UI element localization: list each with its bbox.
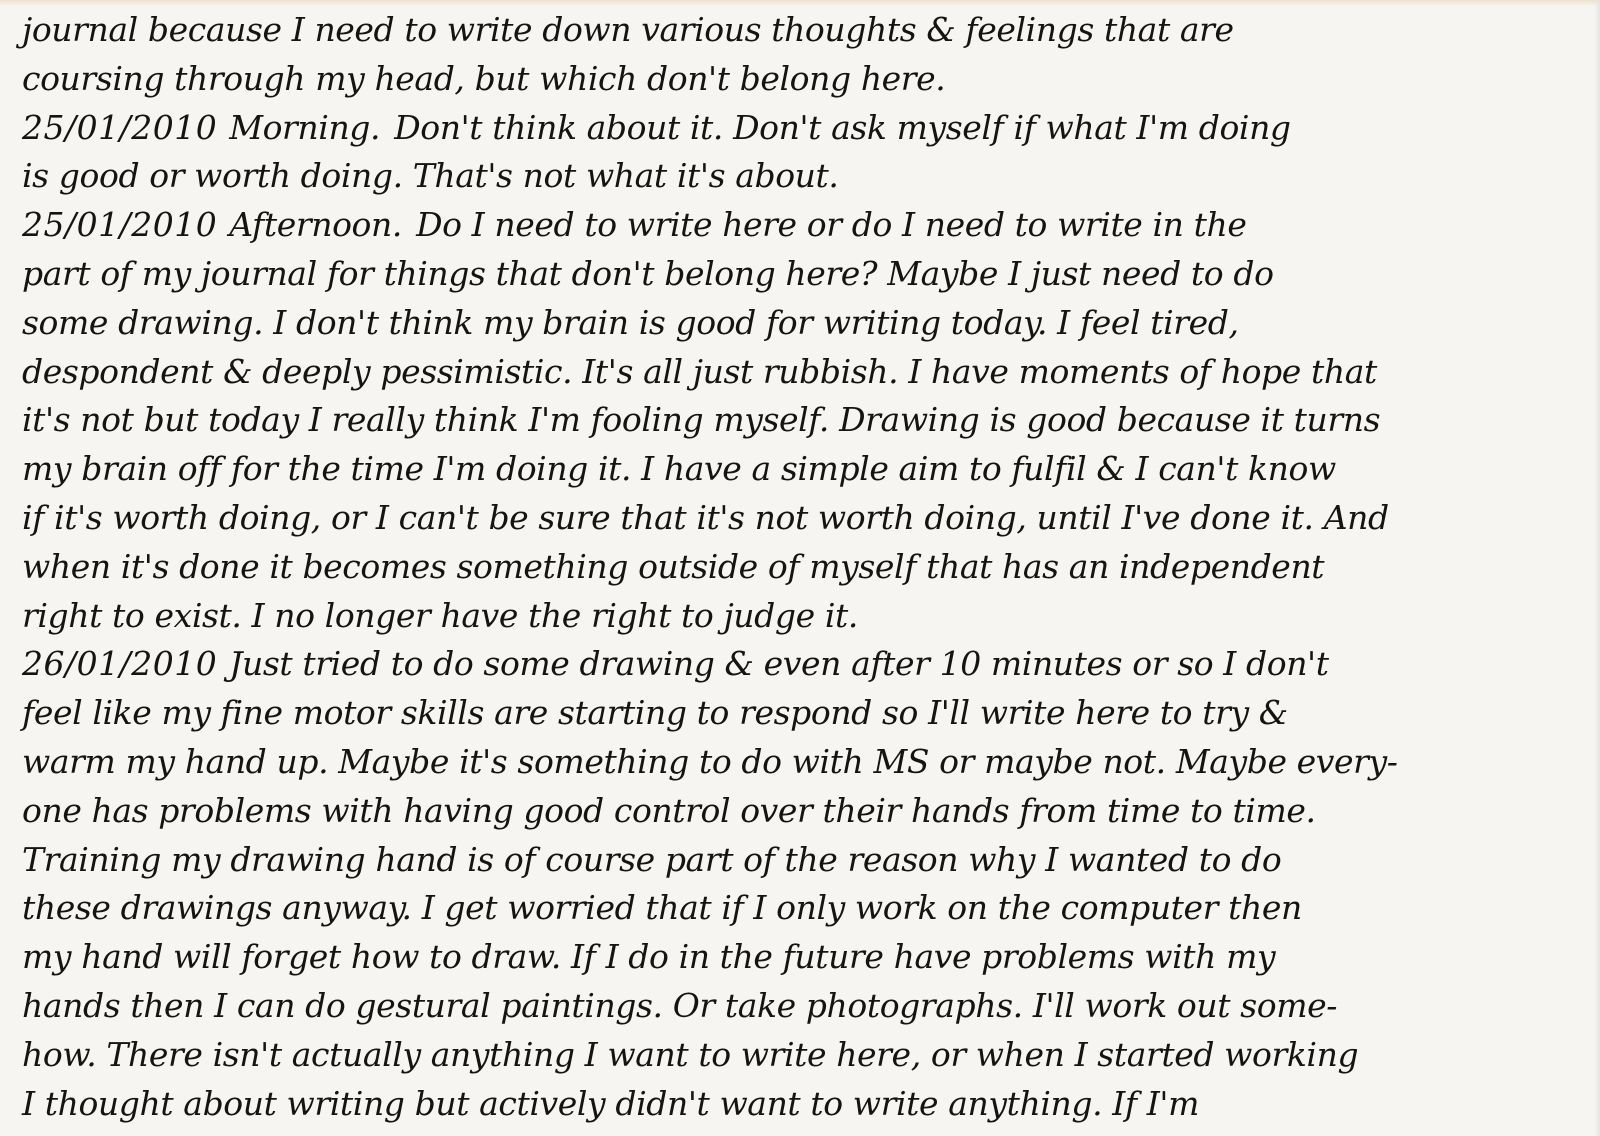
text-line-10: my brain off for the time I'm doing it. … [22,445,1570,494]
journal-page: journal because I need to write down var… [0,0,1600,1136]
handwritten-text-block: journal because I need to write down var… [22,6,1570,1128]
text-line-9: it's not but today I really think I'm fo… [22,396,1570,445]
text-line-3: 25/01/2010Morning. Don't think about it.… [22,104,1570,153]
entry-time-label: Afternoon. [229,205,402,244]
line-text: some drawing. I don't think my brain is … [22,303,1239,342]
text-line-12: when it's done it becomes something outs… [22,543,1570,592]
line-text: I thought about writing but actively did… [22,1084,1199,1123]
line-text: how. There isn't actually anything I wan… [22,1035,1358,1074]
line-text: when it's done it becomes something outs… [22,547,1324,586]
entry-date: 25/01/2010 [22,108,217,147]
text-line-17: one has problems with having good contro… [22,787,1570,836]
text-line-4: is good or worth doing. That's not what … [22,152,1570,201]
line-text: hands then I can do gestural paintings. … [22,986,1337,1025]
line-text: is good or worth doing. That's not what … [22,156,838,195]
text-line-19: these drawings anyway. I get worried tha… [22,884,1570,933]
line-text: my hand will forget how to draw. If I do… [22,937,1275,976]
text-line-6: part of my journal for things that don't… [22,250,1570,299]
text-line-23: I thought about writing but actively did… [22,1080,1570,1129]
line-text: it's not but today I really think I'm fo… [22,400,1380,439]
line-text: coursing through my head, but which don'… [22,59,945,98]
line-text: these drawings anyway. I get worried tha… [22,888,1302,927]
text-line-5: 25/01/2010Afternoon. Do I need to write … [22,201,1570,250]
text-line-7: some drawing. I don't think my brain is … [22,299,1570,348]
line-text: one has problems with having good contro… [22,791,1316,830]
line-text: Do I need to write here or do I need to … [416,205,1246,244]
text-line-21: hands then I can do gestural paintings. … [22,982,1570,1031]
line-text: part of my journal for things that don't… [22,254,1274,293]
line-text: journal because I need to write down var… [22,10,1234,49]
text-line-14: 26/01/2010Just tried to do some drawing … [22,640,1570,689]
text-line-15: feel like my fine motor skills are start… [22,689,1570,738]
text-line-16: warm my hand up. Maybe it's something to… [22,738,1570,787]
line-text: warm my hand up. Maybe it's something to… [22,742,1398,781]
line-text: Training my drawing hand is of course pa… [22,840,1281,879]
text-line-2: coursing through my head, but which don'… [22,55,1570,104]
line-text: feel like my fine motor skills are start… [22,693,1288,732]
line-text: if it's worth doing, or I can't be sure … [22,498,1389,537]
line-text: Just tried to do some drawing & even aft… [229,644,1328,683]
line-text: my brain off for the time I'm doing it. … [22,449,1336,488]
entry-time-label: Morning. [229,108,380,147]
text-line-18: Training my drawing hand is of course pa… [22,836,1570,885]
entry-date: 26/01/2010 [22,644,217,683]
text-line-22: how. There isn't actually anything I wan… [22,1031,1570,1080]
text-line-13: right to exist. I no longer have the rig… [22,592,1570,641]
entry-date: 25/01/2010 [22,205,217,244]
line-text: right to exist. I no longer have the rig… [22,596,858,635]
line-text: Don't think about it. Don't ask myself i… [394,108,1290,147]
text-line-8: despondent & deeply pessimistic. It's al… [22,348,1570,397]
text-line-20: my hand will forget how to draw. If I do… [22,933,1570,982]
line-text: despondent & deeply pessimistic. It's al… [22,352,1377,391]
text-line-11: if it's worth doing, or I can't be sure … [22,494,1570,543]
text-line-1: journal because I need to write down var… [22,6,1570,55]
